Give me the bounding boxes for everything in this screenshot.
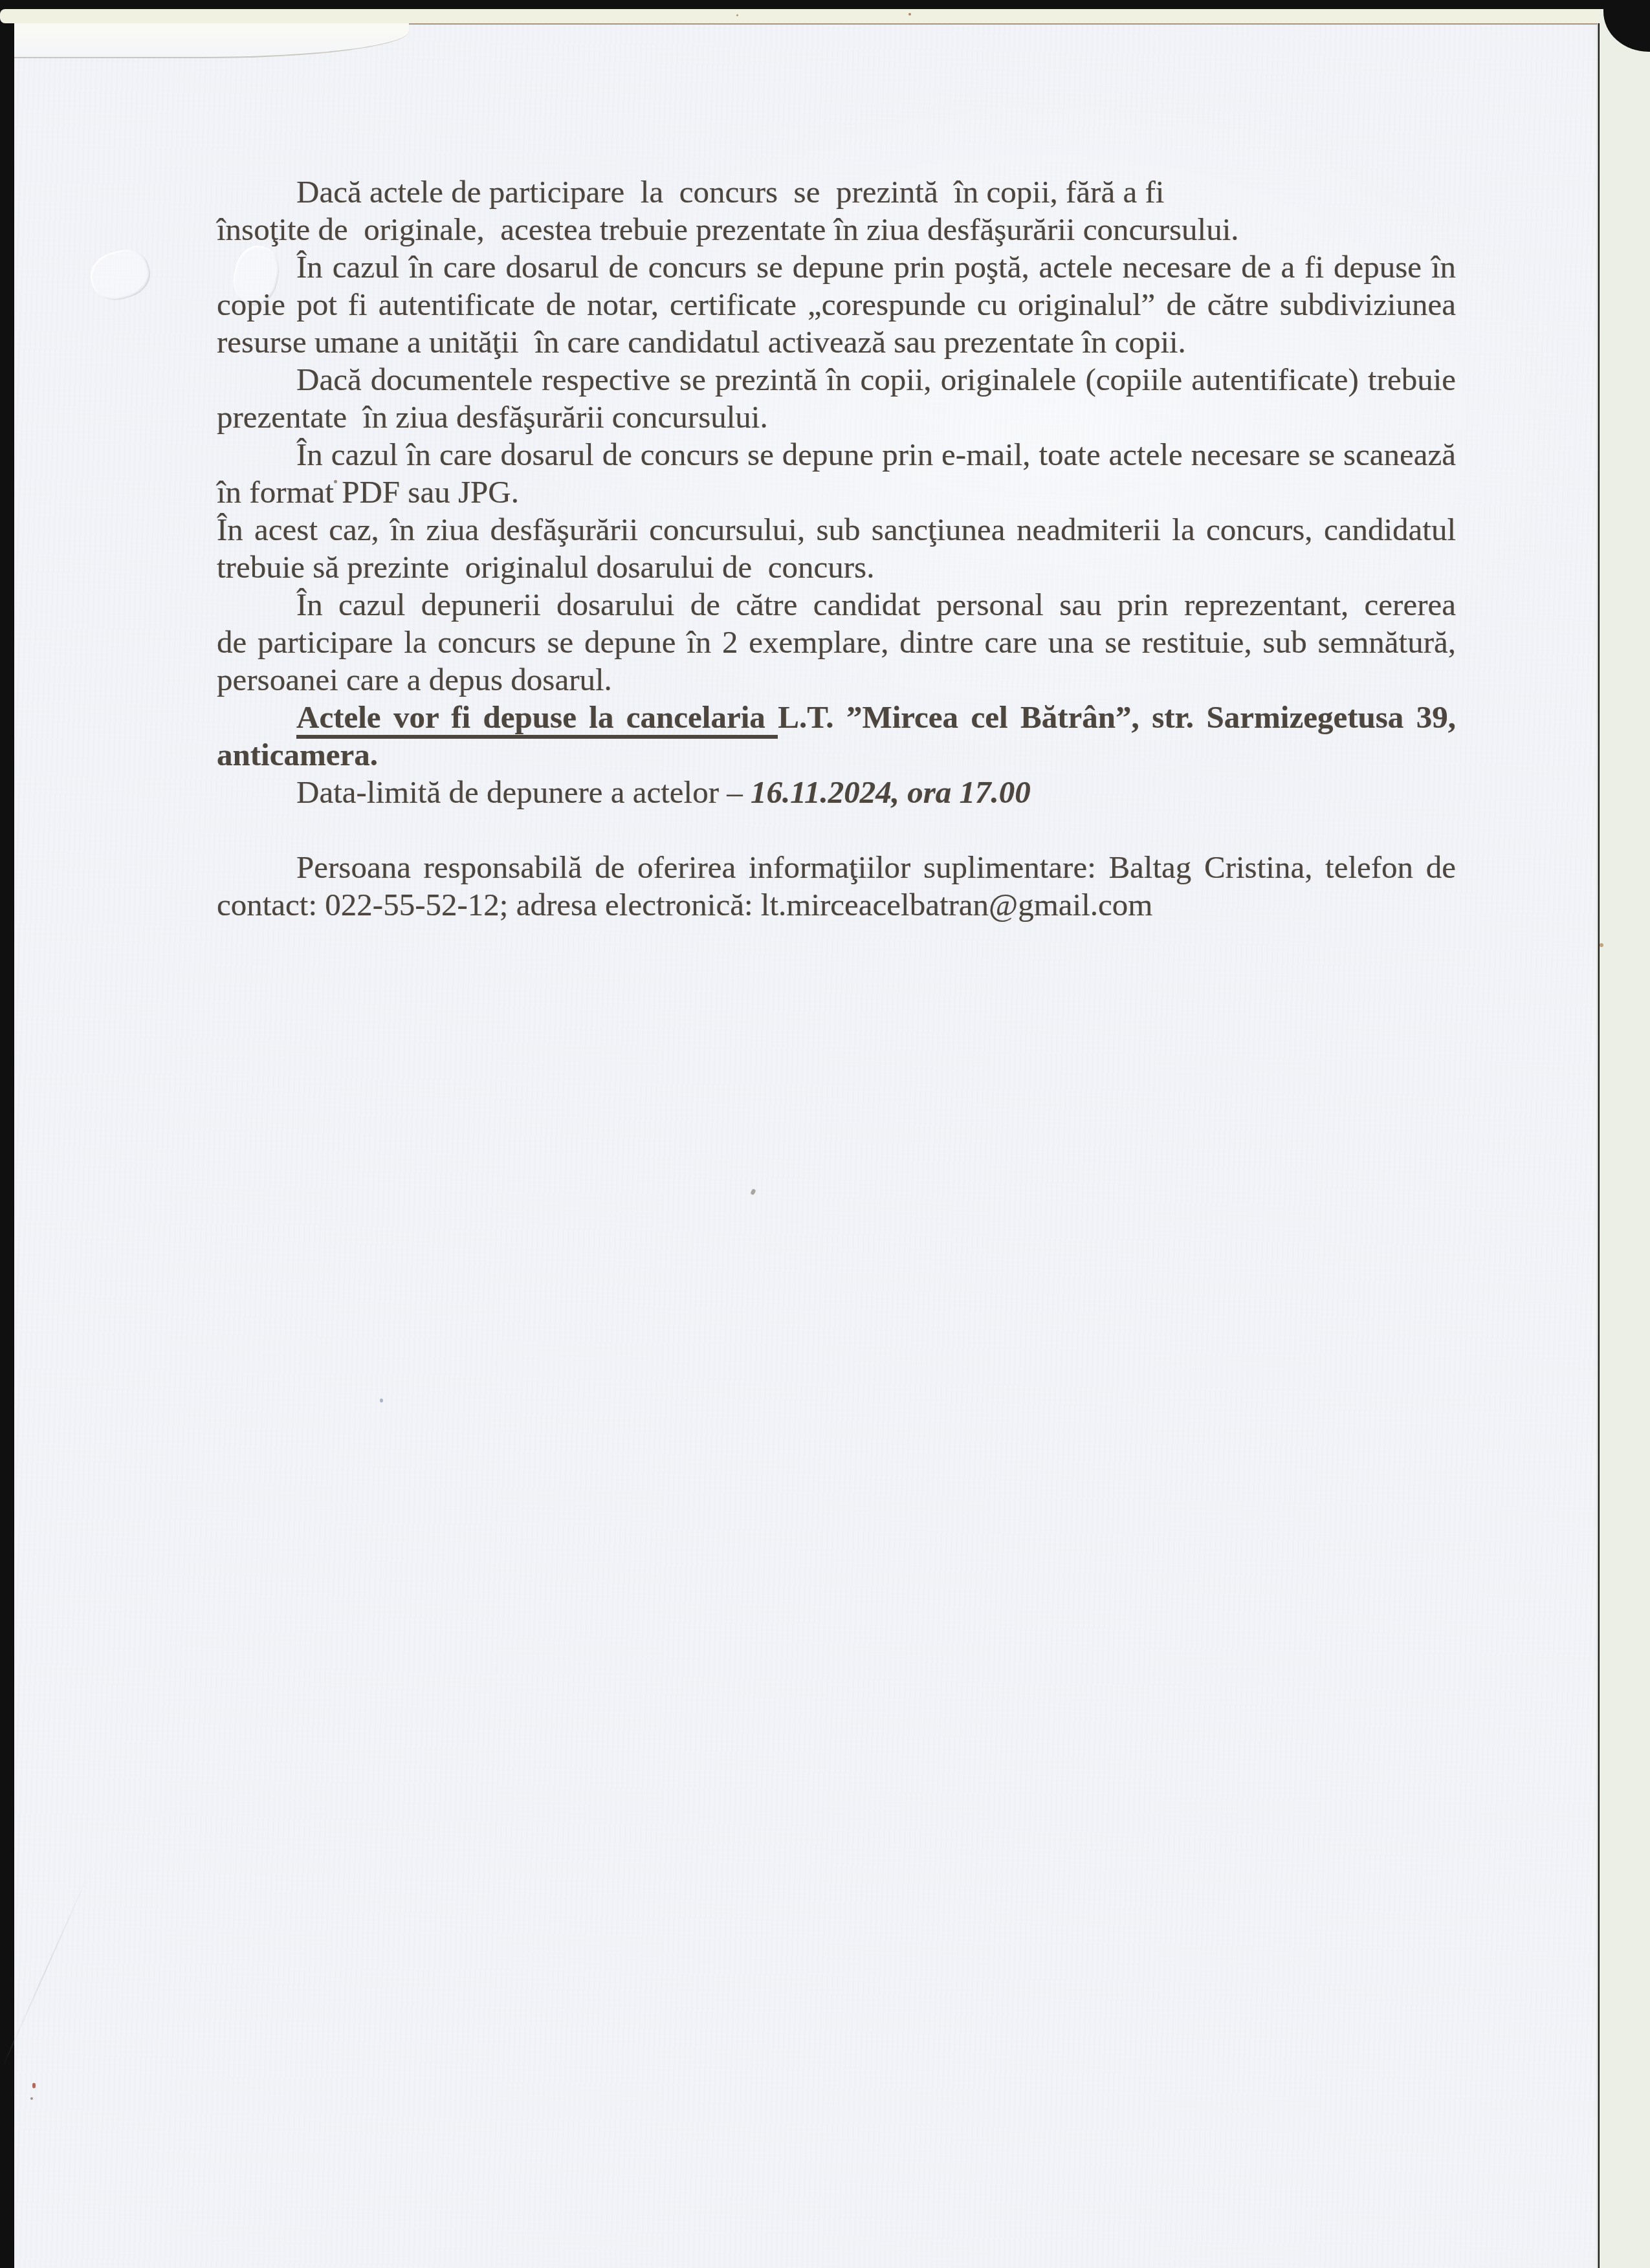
- scanner-bed-strip: [1600, 9, 1650, 2268]
- scan-speck: [32, 2083, 36, 2088]
- scan-speck: [908, 13, 911, 16]
- text-line-15: Actele vor fi depuse la cancelaria L.T. …: [217, 699, 1456, 736]
- scan-speck: [30, 2097, 33, 2100]
- text-line-13: de participare la concurs se depune în 2…: [217, 624, 1456, 661]
- text-line-6: Dacă documentele respective se prezintă …: [217, 361, 1456, 398]
- text-line-12: În cazul depunerii dosarului de către ca…: [217, 586, 1456, 624]
- scan-speck: [380, 1399, 383, 1402]
- document-text: Dacă actele de participare la concurs se…: [217, 173, 1456, 924]
- bold-text: L.T. ”Mircea cel Bătrân”, str. Sarmizege…: [778, 699, 1456, 735]
- text-line-9: în format PDF sau JPG.: [217, 474, 1456, 511]
- text-line-1: Dacă actele de participare la concurs se…: [217, 173, 1456, 211]
- scanned-document: { "page": { "kind": "scanned paper docum…: [0, 0, 1650, 2268]
- bold-text: anticamera.: [217, 737, 378, 772]
- scan-speck: [736, 14, 738, 16]
- deadline-date-text: 16.11.2024, ora 17.00: [751, 774, 1031, 810]
- regular-text: Data-limită de depunere a actelor –: [296, 774, 751, 810]
- text-line-5: resurse umane a unităţii în care candida…: [217, 323, 1456, 361]
- text-line-3: În cazul în care dosarul de concurs se d…: [217, 248, 1456, 286]
- text-line-10: În acest caz, în ziua desfăşurării concu…: [217, 511, 1456, 549]
- text-line-7: prezentate în ziua desfăşurării concursu…: [217, 398, 1456, 436]
- text-line-17: Data-limită de depunere a actelor – 16.1…: [217, 774, 1456, 811]
- text-line-11: trebuie să prezinte originalul dosarului…: [217, 549, 1456, 586]
- scanner-lid-band: [0, 9, 1650, 23]
- text-line-8: În cazul în care dosarul de concurs se d…: [217, 436, 1456, 474]
- text-line-2: însoţite de originale, acestea trebuie p…: [217, 211, 1456, 248]
- text-line-16: anticamera.: [217, 736, 1456, 774]
- scan-speck: [1600, 943, 1603, 947]
- text-line-14: persoanei care a depus dosarul.: [217, 661, 1456, 699]
- text-line-19: contact: 022-55-52-12; adresa electronic…: [217, 886, 1456, 924]
- text-line-18: Persoana responsabilă de oferirea inform…: [217, 849, 1456, 886]
- blank-line: [217, 811, 1456, 849]
- underlined-bold-text: Actele vor fi depuse la cancelaria: [296, 699, 778, 739]
- text-line-4: copie pot fi autentificate de notar, cer…: [217, 286, 1456, 323]
